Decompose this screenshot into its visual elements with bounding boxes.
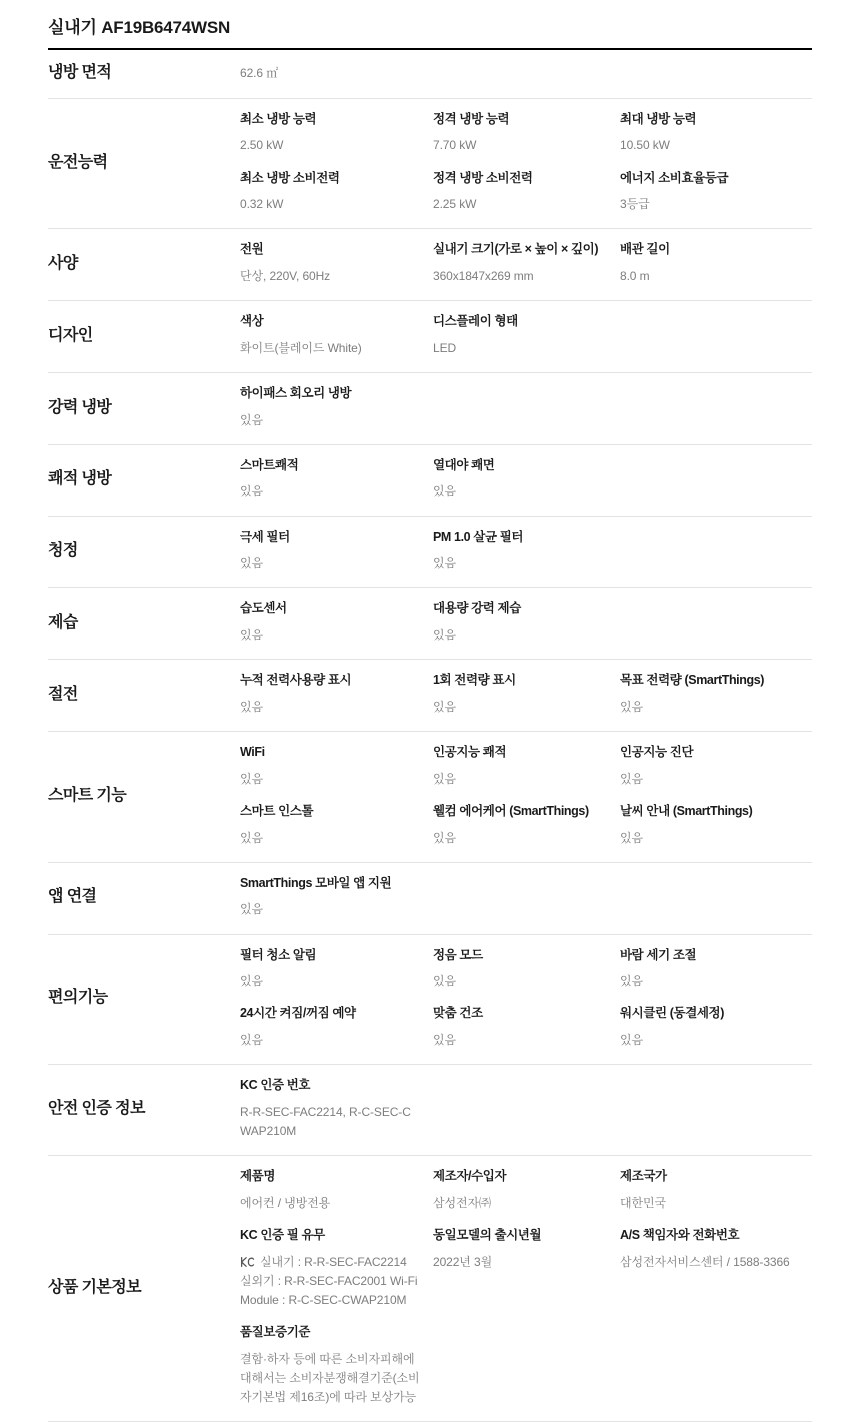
- spec-name: 에너지 소비효율등급: [620, 171, 800, 187]
- spec-row: 습도센서있음대용량 강력 제습있음: [240, 601, 812, 645]
- spec-section: 스마트 기능WiFi있음인공지능 쾌적있음인공지능 진단있음스마트 인스톨있음웰…: [48, 732, 812, 863]
- spec-name: 제조국가: [620, 1169, 800, 1185]
- spec-cell: A/S 책임자와 전화번호삼성전자서비스센터 / 1588-3366: [620, 1228, 812, 1272]
- spec-name: 최소 냉방 소비전력: [240, 171, 421, 187]
- section-content: 하이패스 회오리 냉방있음: [240, 386, 812, 430]
- section-content: 최소 냉방 능력2.50 kW정격 냉방 능력7.70 kW최대 냉방 능력10…: [240, 112, 812, 215]
- spec-name: 정격 냉방 소비전력: [433, 171, 608, 187]
- spec-name: PM 1.0 살균 필터: [433, 530, 608, 546]
- spec-row: 극세 필터있음PM 1.0 살균 필터있음: [240, 530, 812, 574]
- spec-name: 정음 모드: [433, 948, 608, 964]
- spec-cell: 인공지능 쾌적있음: [433, 745, 620, 789]
- spec-value: R-R-SEC-FAC2214, R-C-SEC-CWAP210M: [240, 1103, 421, 1141]
- spec-value: 있음: [433, 626, 608, 645]
- spec-value: 있음: [240, 1031, 421, 1050]
- section-label: 사양: [48, 254, 240, 275]
- spec-name: 목표 전력량 (SmartThings): [620, 673, 800, 689]
- spec-section: 디자인색상화이트(블레이드 White)디스플레이 형태LED: [48, 301, 812, 373]
- spec-name: 웰컴 에어케어 (SmartThings): [433, 804, 608, 820]
- spec-row: 최소 냉방 소비전력0.32 kW정격 냉방 소비전력2.25 kW에너지 소비…: [240, 171, 812, 215]
- spec-value: 있음: [240, 972, 421, 991]
- spec-value: 3등급: [620, 195, 800, 214]
- spec-name: KC 인증 필 유무: [240, 1228, 421, 1244]
- spec-section: 운전능력최소 냉방 능력2.50 kW정격 냉방 능력7.70 kW최대 냉방 …: [48, 99, 812, 230]
- spec-name: KC 인증 번호: [240, 1078, 421, 1094]
- spec-cell: 62.6 ㎡: [240, 64, 433, 83]
- section-label: 상품 기본정보: [48, 1278, 240, 1299]
- section-label: 강력 냉방: [48, 398, 240, 419]
- spec-cell: 극세 필터있음: [240, 530, 433, 574]
- section-content: SmartThings 모바일 앱 지원있음: [240, 876, 812, 920]
- product-spec-page: 실내기 AF19B6474WSN 냉방 면적62.6 ㎡운전능력최소 냉방 능력…: [0, 0, 860, 1426]
- spec-table: 냉방 면적62.6 ㎡운전능력최소 냉방 능력2.50 kW정격 냉방 능력7.…: [48, 50, 812, 1422]
- spec-value: 에어컨 / 냉방전용: [240, 1194, 421, 1213]
- spec-cell: 배관 길이8.0 m: [620, 242, 812, 286]
- spec-cell: 바람 세기 조절있음: [620, 948, 812, 992]
- spec-section: 앱 연결SmartThings 모바일 앱 지원있음: [48, 863, 812, 935]
- section-content: 필터 청소 알림있음정음 모드있음바람 세기 조절있음24시간 켜짐/꺼짐 예약…: [240, 948, 812, 1051]
- spec-cell: 워시클린 (동결세정)있음: [620, 1006, 812, 1050]
- spec-value: LED: [433, 339, 608, 358]
- spec-value: 대한민국: [620, 1194, 800, 1213]
- spec-cell: 제조자/수입자삼성전자㈜: [433, 1169, 620, 1213]
- spec-cell: 제품명에어컨 / 냉방전용: [240, 1169, 433, 1213]
- spec-cell: 날씨 안내 (SmartThings)있음: [620, 804, 812, 848]
- spec-section: 쾌적 냉방스마트쾌적있음열대야 쾌면있음: [48, 445, 812, 517]
- spec-value: 있음: [240, 829, 421, 848]
- spec-section: 상품 기본정보제품명에어컨 / 냉방전용제조자/수입자삼성전자㈜제조국가대한민국…: [48, 1156, 812, 1422]
- spec-value: 있음: [620, 829, 800, 848]
- spec-value: 7.70 kW: [433, 136, 608, 155]
- spec-cell: 스마트쾌적있음: [240, 458, 433, 502]
- spec-row: 62.6 ㎡: [240, 64, 812, 83]
- spec-row: 색상화이트(블레이드 White)디스플레이 형태LED: [240, 314, 812, 358]
- spec-name: 스마트쾌적: [240, 458, 421, 474]
- spec-cell: 누적 전력사용량 표시있음: [240, 673, 433, 717]
- spec-cell: 맞춤 건조있음: [433, 1006, 620, 1050]
- spec-name: SmartThings 모바일 앱 지원: [240, 876, 421, 892]
- spec-cell: 정격 냉방 능력7.70 kW: [433, 112, 620, 156]
- spec-value: 삼성전자서비스센터 / 1588-3366: [620, 1253, 800, 1272]
- spec-value: 있음: [240, 411, 421, 430]
- spec-cell: 1회 전력량 표시있음: [433, 673, 620, 717]
- spec-cell: 필터 청소 알림있음: [240, 948, 433, 992]
- spec-row: 제품명에어컨 / 냉방전용제조자/수입자삼성전자㈜제조국가대한민국: [240, 1169, 812, 1213]
- spec-value: 결함·하자 등에 따른 소비자피해에 대해서는 소비자분쟁해결기준(소비자기본법…: [240, 1350, 421, 1408]
- spec-section: 절전누적 전력사용량 표시있음1회 전력량 표시있음목표 전력량 (SmartT…: [48, 660, 812, 732]
- spec-value: 있음: [240, 626, 421, 645]
- spec-value: 있음: [433, 1031, 608, 1050]
- spec-name: 색상: [240, 314, 421, 330]
- spec-section: 제습습도센서있음대용량 강력 제습있음: [48, 588, 812, 660]
- section-content: 스마트쾌적있음열대야 쾌면있음: [240, 458, 812, 502]
- spec-name: 인공지능 쾌적: [433, 745, 608, 761]
- spec-cell: 인공지능 진단있음: [620, 745, 812, 789]
- spec-cell: 24시간 켜짐/꺼짐 예약있음: [240, 1006, 433, 1050]
- spec-row: 필터 청소 알림있음정음 모드있음바람 세기 조절있음: [240, 948, 812, 992]
- spec-name: 최소 냉방 능력: [240, 112, 421, 128]
- spec-section: 안전 인증 정보KC 인증 번호R-R-SEC-FAC2214, R-C-SEC…: [48, 1065, 812, 1156]
- spec-value: 있음: [433, 770, 608, 789]
- section-label: 앱 연결: [48, 887, 240, 908]
- spec-value: 있음: [433, 972, 608, 991]
- spec-value: 2.50 kW: [240, 136, 421, 155]
- spec-name: 하이패스 회오리 냉방: [240, 386, 421, 402]
- spec-name: 제조자/수입자: [433, 1169, 608, 1185]
- spec-row: 전원단상, 220V, 60Hz실내기 크기(가로 × 높이 × 깊이)360x…: [240, 242, 812, 286]
- spec-cell: KC 인증 번호R-R-SEC-FAC2214, R-C-SEC-CWAP210…: [240, 1078, 433, 1141]
- spec-name: 습도센서: [240, 601, 421, 617]
- spec-value: 있음: [620, 972, 800, 991]
- spec-value: 있음: [240, 698, 421, 717]
- spec-value: 있음: [620, 770, 800, 789]
- spec-cell: 최소 냉방 능력2.50 kW: [240, 112, 433, 156]
- section-content: 누적 전력사용량 표시있음1회 전력량 표시있음목표 전력량 (SmartThi…: [240, 673, 812, 717]
- spec-value: 있음: [620, 1031, 800, 1050]
- spec-name: 전원: [240, 242, 421, 258]
- spec-name: 스마트 인스톨: [240, 804, 421, 820]
- spec-cell: 색상화이트(블레이드 White): [240, 314, 433, 358]
- section-content: 극세 필터있음PM 1.0 살균 필터있음: [240, 530, 812, 574]
- spec-section: 사양전원단상, 220V, 60Hz실내기 크기(가로 × 높이 × 깊이)36…: [48, 229, 812, 301]
- spec-row: 스마트 인스톨있음웰컴 에어케어 (SmartThings)있음날씨 안내 (S…: [240, 804, 812, 848]
- spec-name: 배관 길이: [620, 242, 800, 258]
- spec-value: 62.6 ㎡: [240, 64, 421, 83]
- spec-name: 디스플레이 형태: [433, 314, 608, 330]
- spec-row: 하이패스 회오리 냉방있음: [240, 386, 812, 430]
- spec-row: 24시간 켜짐/꺼짐 예약있음맞춤 건조있음워시클린 (동결세정)있음: [240, 1006, 812, 1050]
- spec-cell: WiFi있음: [240, 745, 433, 789]
- spec-section: 편의기능필터 청소 알림있음정음 모드있음바람 세기 조절있음24시간 켜짐/꺼…: [48, 935, 812, 1066]
- spec-name: 필터 청소 알림: [240, 948, 421, 964]
- section-label: 안전 인증 정보: [48, 1099, 240, 1120]
- spec-cell: 대용량 강력 제습있음: [433, 601, 620, 645]
- spec-cell: 품질보증기준결함·하자 등에 따른 소비자피해에 대해서는 소비자분쟁해결기준(…: [240, 1325, 433, 1407]
- spec-name: 바람 세기 조절: [620, 948, 800, 964]
- spec-value: 2.25 kW: [433, 195, 608, 214]
- spec-row: 스마트쾌적있음열대야 쾌면있음: [240, 458, 812, 502]
- section-label: 운전능력: [48, 153, 240, 174]
- section-label: 절전: [48, 685, 240, 706]
- section-content: 습도센서있음대용량 강력 제습있음: [240, 601, 812, 645]
- spec-row: 누적 전력사용량 표시있음1회 전력량 표시있음목표 전력량 (SmartThi…: [240, 673, 812, 717]
- section-content: 전원단상, 220V, 60Hz실내기 크기(가로 × 높이 × 깊이)360x…: [240, 242, 812, 286]
- spec-name: 동일모델의 출시년월: [433, 1228, 608, 1244]
- spec-row: KC 인증 번호R-R-SEC-FAC2214, R-C-SEC-CWAP210…: [240, 1078, 812, 1141]
- spec-value: 실내기 : R-R-SEC-FAC2214 실외기 : R-R-SEC-FAC2…: [240, 1253, 421, 1311]
- section-label: 제습: [48, 613, 240, 634]
- spec-cell: 목표 전력량 (SmartThings)있음: [620, 673, 812, 717]
- spec-cell: 열대야 쾌면있음: [433, 458, 620, 502]
- spec-value: 화이트(블레이드 White): [240, 339, 421, 358]
- spec-cell: 습도센서있음: [240, 601, 433, 645]
- spec-section: 냉방 면적62.6 ㎡: [48, 50, 812, 99]
- spec-value: 8.0 m: [620, 267, 800, 286]
- spec-name: 대용량 강력 제습: [433, 601, 608, 617]
- spec-row: SmartThings 모바일 앱 지원있음: [240, 876, 812, 920]
- spec-value: 2022년 3월: [433, 1253, 608, 1272]
- spec-cell: 최대 냉방 능력10.50 kW: [620, 112, 812, 156]
- spec-name: 열대야 쾌면: [433, 458, 608, 474]
- spec-value: 있음: [433, 554, 608, 573]
- spec-value: 360x1847x269 mm: [433, 267, 608, 286]
- spec-name: 품질보증기준: [240, 1325, 421, 1341]
- spec-row: 품질보증기준결함·하자 등에 따른 소비자피해에 대해서는 소비자분쟁해결기준(…: [240, 1325, 812, 1407]
- spec-cell: PM 1.0 살균 필터있음: [433, 530, 620, 574]
- spec-name: 1회 전력량 표시: [433, 673, 608, 689]
- spec-value: 있음: [433, 698, 608, 717]
- spec-value: 있음: [433, 482, 608, 501]
- section-content: 색상화이트(블레이드 White)디스플레이 형태LED: [240, 314, 812, 358]
- spec-value: 있음: [433, 829, 608, 848]
- spec-name: 극세 필터: [240, 530, 421, 546]
- spec-cell: 디스플레이 형태LED: [433, 314, 620, 358]
- spec-name: A/S 책임자와 전화번호: [620, 1228, 800, 1244]
- spec-row: 최소 냉방 능력2.50 kW정격 냉방 능력7.70 kW최대 냉방 능력10…: [240, 112, 812, 156]
- spec-name: 날씨 안내 (SmartThings): [620, 804, 800, 820]
- section-label: 청정: [48, 541, 240, 562]
- section-label: 디자인: [48, 326, 240, 347]
- section-label: 편의기능: [48, 988, 240, 1009]
- spec-name: 제품명: [240, 1169, 421, 1185]
- spec-cell: 하이패스 회오리 냉방있음: [240, 386, 433, 430]
- spec-value: 있음: [620, 698, 800, 717]
- spec-name: 인공지능 진단: [620, 745, 800, 761]
- spec-value: 있음: [240, 482, 421, 501]
- spec-value: 단상, 220V, 60Hz: [240, 267, 421, 286]
- spec-value: 10.50 kW: [620, 136, 800, 155]
- spec-section: 청정극세 필터있음PM 1.0 살균 필터있음: [48, 517, 812, 589]
- spec-value: 있음: [240, 554, 421, 573]
- section-content: KC 인증 번호R-R-SEC-FAC2214, R-C-SEC-CWAP210…: [240, 1078, 812, 1141]
- spec-cell: 최소 냉방 소비전력0.32 kW: [240, 171, 433, 215]
- spec-name: 실내기 크기(가로 × 높이 × 깊이): [433, 242, 608, 258]
- spec-cell: 실내기 크기(가로 × 높이 × 깊이)360x1847x269 mm: [433, 242, 620, 286]
- kc-certification-icon: [240, 1256, 255, 1268]
- spec-name: 정격 냉방 능력: [433, 112, 608, 128]
- spec-value: 0.32 kW: [240, 195, 421, 214]
- spec-value: 있음: [240, 900, 421, 919]
- spec-cell: 동일모델의 출시년월2022년 3월: [433, 1228, 620, 1272]
- spec-name: 누적 전력사용량 표시: [240, 673, 421, 689]
- section-label: 스마트 기능: [48, 786, 240, 807]
- spec-cell: 정음 모드있음: [433, 948, 620, 992]
- section-content: 62.6 ㎡: [240, 64, 812, 83]
- spec-cell: KC 인증 필 유무실내기 : R-R-SEC-FAC2214 실외기 : R-…: [240, 1228, 433, 1310]
- spec-cell: 전원단상, 220V, 60Hz: [240, 242, 433, 286]
- spec-row: WiFi있음인공지능 쾌적있음인공지능 진단있음: [240, 745, 812, 789]
- spec-section: 강력 냉방하이패스 회오리 냉방있음: [48, 373, 812, 445]
- spec-cell: 제조국가대한민국: [620, 1169, 812, 1213]
- spec-cell: 정격 냉방 소비전력2.25 kW: [433, 171, 620, 215]
- spec-cell: 웰컴 에어케어 (SmartThings)있음: [433, 804, 620, 848]
- section-label: 쾌적 냉방: [48, 469, 240, 490]
- spec-name: 최대 냉방 능력: [620, 112, 800, 128]
- spec-name: 24시간 켜짐/꺼짐 예약: [240, 1006, 421, 1022]
- spec-value: 삼성전자㈜: [433, 1194, 608, 1213]
- spec-value: 있음: [240, 770, 421, 789]
- spec-row: KC 인증 필 유무실내기 : R-R-SEC-FAC2214 실외기 : R-…: [240, 1228, 812, 1310]
- section-label: 냉방 면적: [48, 63, 240, 84]
- spec-cell: 스마트 인스톨있음: [240, 804, 433, 848]
- spec-cell: 에너지 소비효율등급3등급: [620, 171, 812, 215]
- spec-name: 맞춤 건조: [433, 1006, 608, 1022]
- spec-cell: SmartThings 모바일 앱 지원있음: [240, 876, 433, 920]
- spec-name: WiFi: [240, 745, 421, 761]
- section-content: 제품명에어컨 / 냉방전용제조자/수입자삼성전자㈜제조국가대한민국KC 인증 필…: [240, 1169, 812, 1407]
- section-content: WiFi있음인공지능 쾌적있음인공지능 진단있음스마트 인스톨있음웰컴 에어케어…: [240, 745, 812, 848]
- page-title: 실내기 AF19B6474WSN: [48, 10, 812, 50]
- spec-name: 워시클린 (동결세정): [620, 1006, 800, 1022]
